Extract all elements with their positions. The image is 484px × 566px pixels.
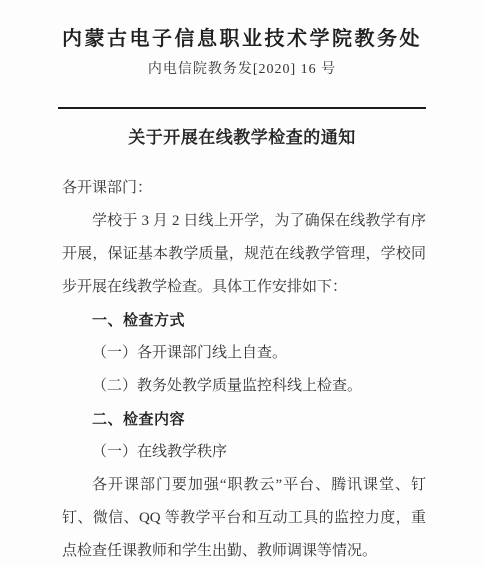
section-paragraph: 各开课部门要加强“职教云”平台、腾讯课堂、钉钉、微信、QQ 等教学平台和互动工具… [62, 469, 426, 566]
section-item: （一）各开课部门线上自查。 [62, 337, 426, 370]
notice-title: 关于开展在线教学检查的通知 [0, 126, 484, 150]
section-heading-check-content: 二、检查内容 [62, 403, 426, 436]
section-item: （二）教务处教学质量监控科线上检查。 [62, 370, 426, 403]
issuing-org-title: 内蒙古电子信息职业技术学院教务处 [0, 0, 484, 54]
header-divider [58, 107, 426, 109]
notice-document: 内蒙古电子信息职业技术学院教务处 内电信院教务发[2020] 16 号 关于开展… [0, 0, 484, 566]
notice-body: 各开课部门： 学校于 3 月 2 日线上开学，为了确保在线教学有序开展，保证基本… [62, 172, 426, 566]
salutation: 各开课部门： [62, 172, 426, 205]
intro-paragraph: 学校于 3 月 2 日线上开学，为了确保在线教学有序开展，保证基本教学质量，规范… [62, 205, 426, 304]
document-number: 内电信院教务发[2020] 16 号 [0, 60, 484, 80]
section-heading-check-method: 一、检查方式 [62, 304, 426, 337]
section-item: （一）在线教学秩序 [62, 436, 426, 469]
